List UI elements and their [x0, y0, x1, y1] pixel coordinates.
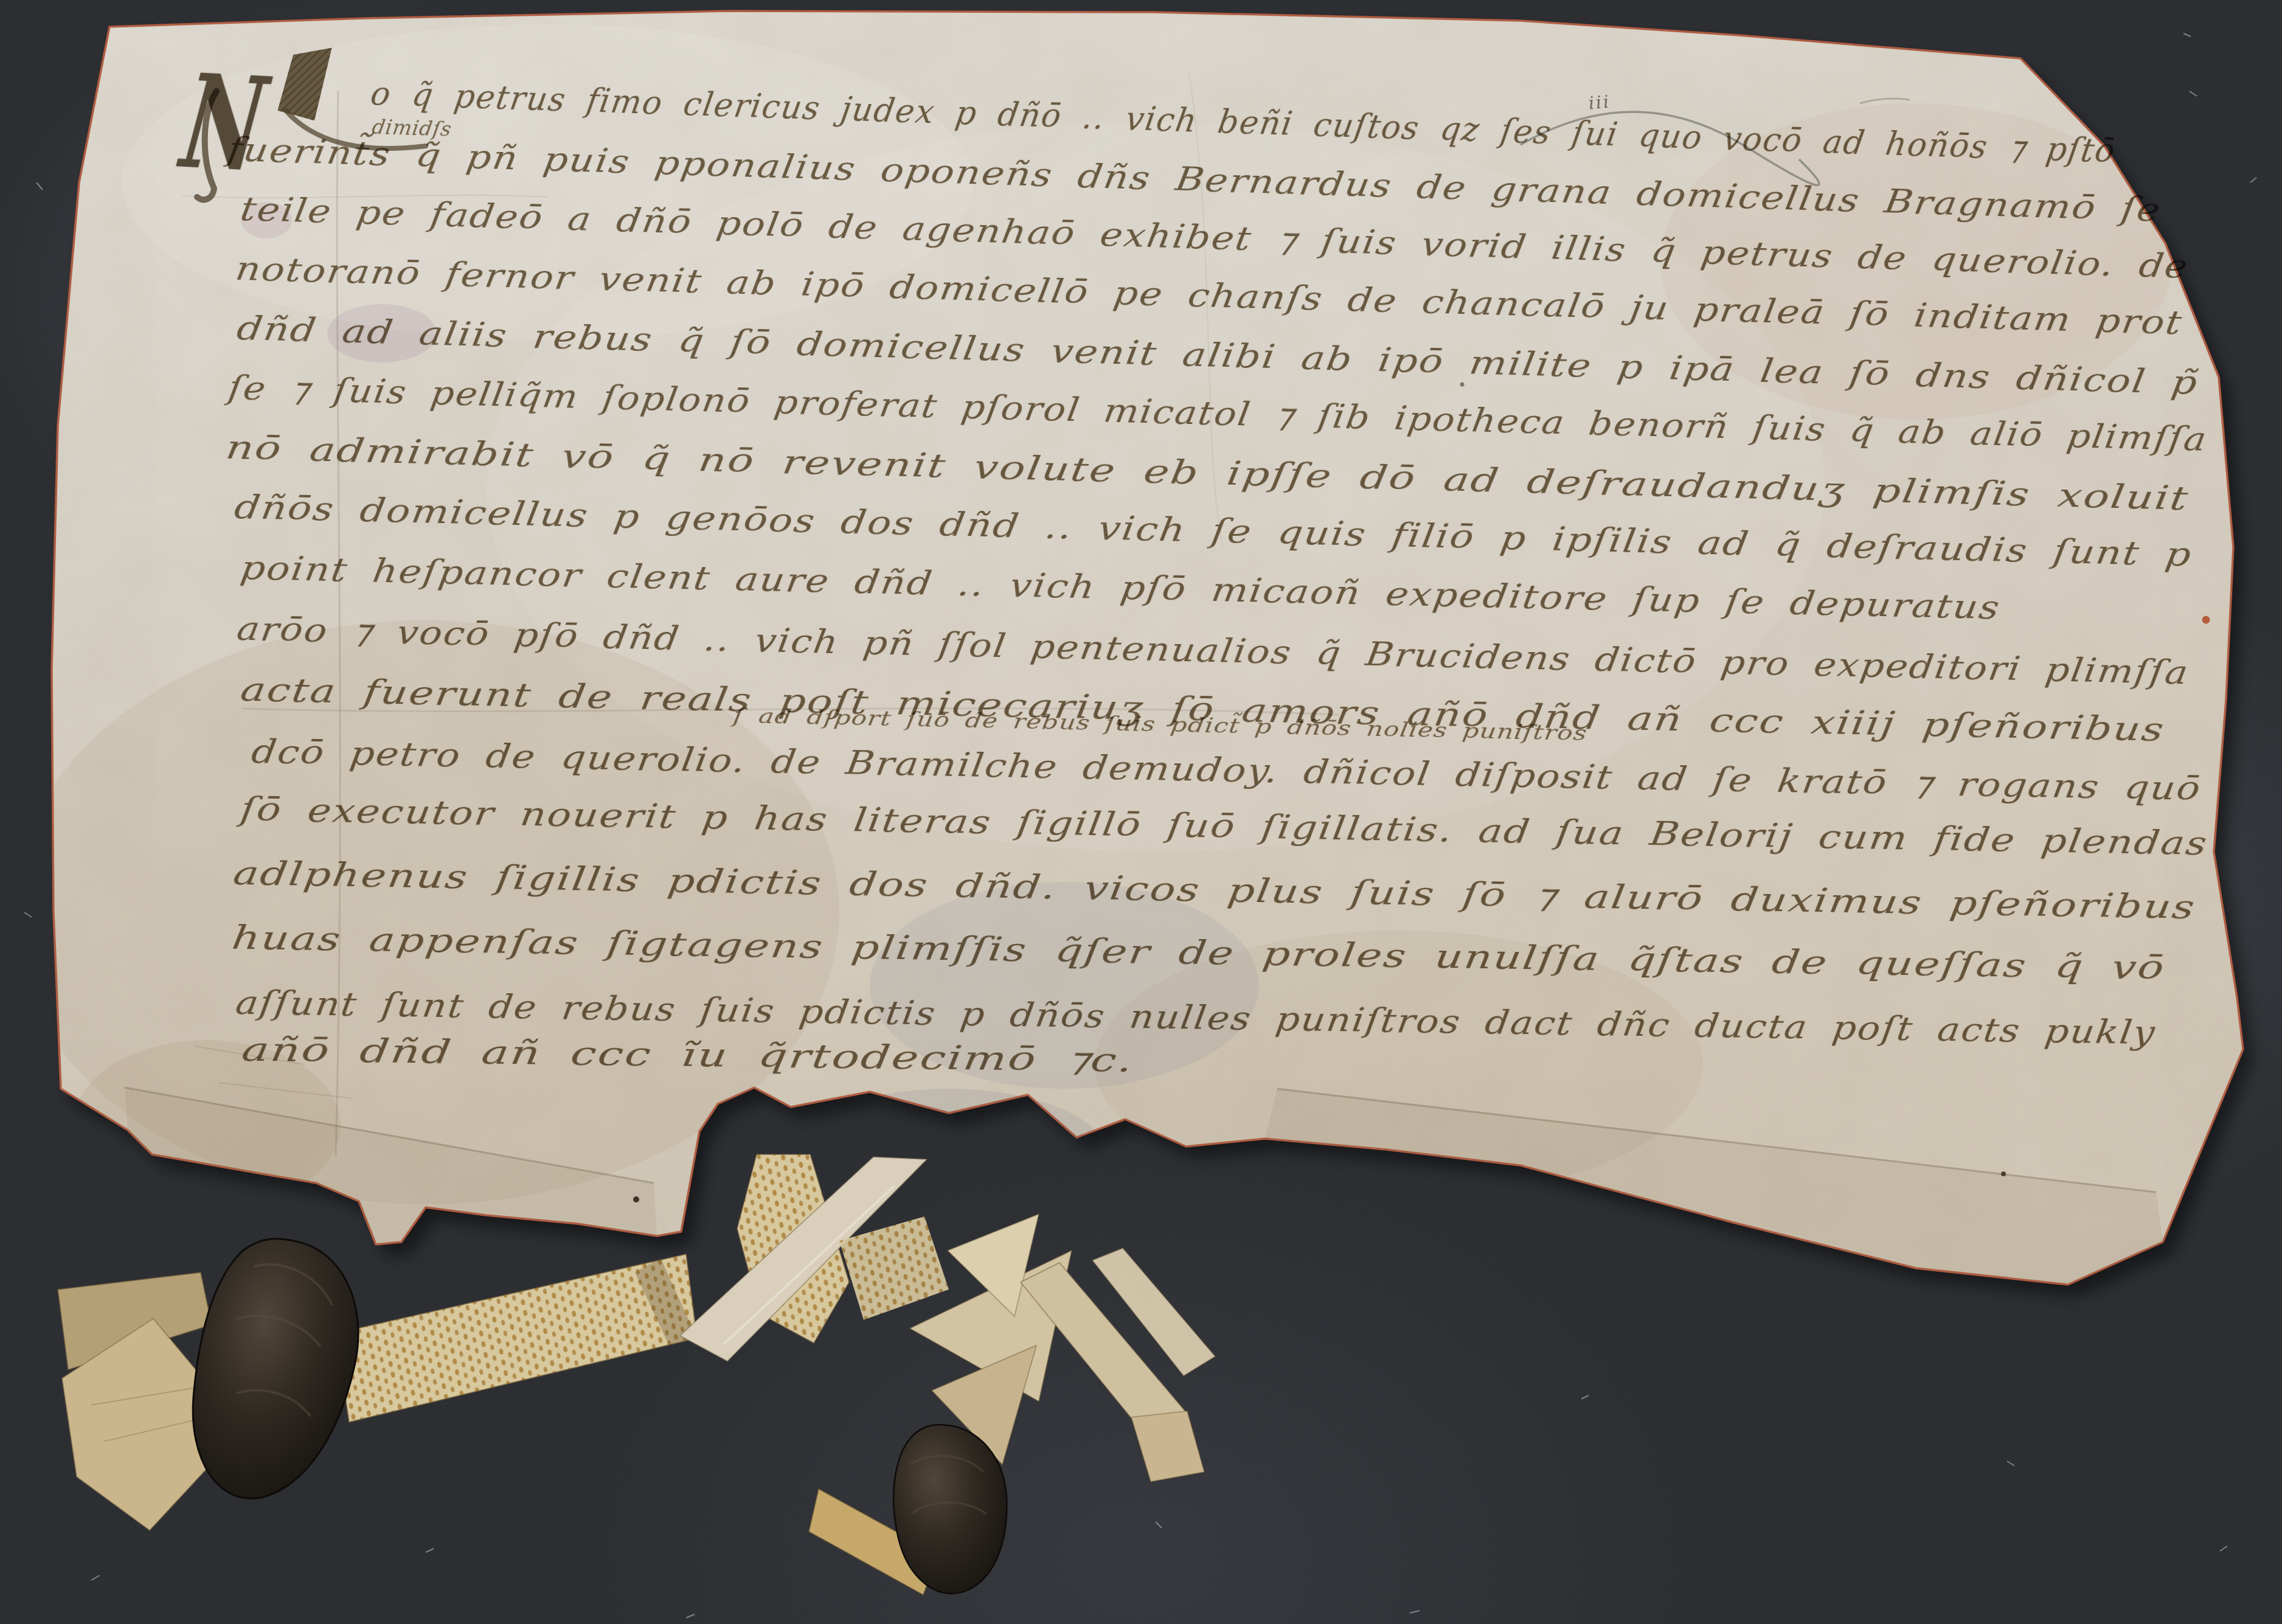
- charter-scene: [0, 0, 2282, 1624]
- red-wax-droplet: [2202, 616, 2210, 624]
- photograph-of-parchment-charter: N iii o q̃ petrus fimo clericus judex p …: [0, 0, 2282, 1624]
